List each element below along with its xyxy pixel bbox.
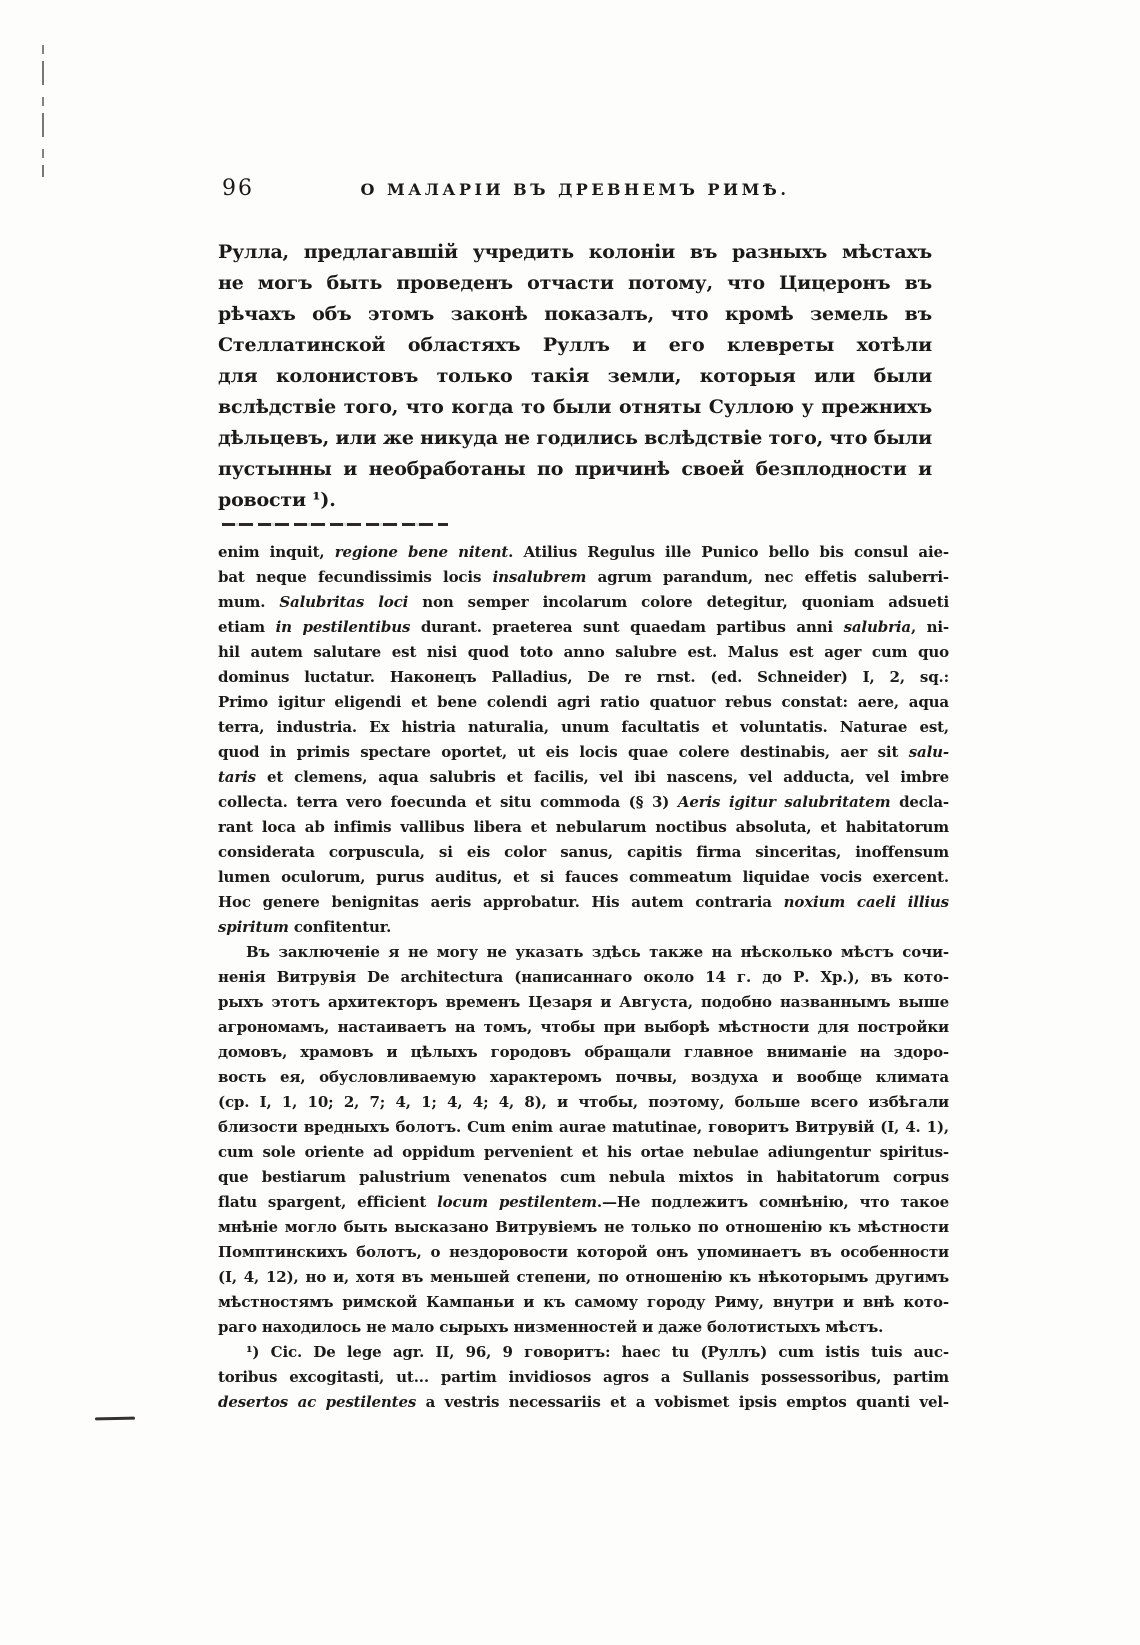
footnote-line: collecta. terra vero foecunda et situ co… bbox=[218, 790, 949, 815]
main-paragraph: Рулла, предлагавшій учредить колоніи въ … bbox=[218, 237, 932, 516]
footnote-text-segment: enim inquit, bbox=[218, 543, 335, 561]
footnote-italic-segment: noxium caeli illius bbox=[784, 893, 949, 911]
footnote-text-segment: близости вредныхъ болотъ. Cum enim aurae… bbox=[218, 1118, 949, 1136]
footnote-line: Помптинскихъ болотъ, о нездоровости кото… bbox=[218, 1240, 949, 1265]
footnote-text-segment: ненія Витрувія De architectura (написанн… bbox=[218, 968, 949, 986]
footnote-line: mum. Salubritas loci non semper incolaru… bbox=[218, 590, 949, 615]
footnote-text-segment: cum sole oriente ad oppidum pervenient e… bbox=[218, 1143, 949, 1161]
footnote-text-segment: Hoc genere benignitas aeris approbatur. … bbox=[218, 893, 784, 911]
footnote-text-segment: mum. bbox=[218, 593, 279, 611]
footnote-italic-segment: Salubritas loci bbox=[279, 593, 408, 611]
footnote-text-segment: агрономамъ, настаиваетъ на томъ, чтобы п… bbox=[218, 1018, 949, 1036]
footnote-line: etiam in pestilentibus durant. praeterea… bbox=[218, 615, 949, 640]
footnote-line: агрономамъ, настаиваетъ на томъ, чтобы п… bbox=[218, 1015, 949, 1040]
footnote-italic-segment: in pestilentibus bbox=[276, 618, 411, 636]
footnote-text-segment: que bestiarum palustrium venenatos cum n… bbox=[218, 1168, 949, 1186]
footnote-line: ненія Витрувія De architectura (написанн… bbox=[218, 965, 949, 990]
scanned-book-page: 96 О МАЛАРІИ ВЪ ДРЕВНЕМЪ РИМѢ. Рулла, пр… bbox=[0, 0, 1140, 1645]
footnote-text-segment: домовъ, храмовъ и цѣлыхъ городовъ обраща… bbox=[218, 1043, 949, 1061]
main-text-line: рѣчахъ объ этомъ законѣ показалъ, что кр… bbox=[218, 299, 932, 330]
footnote-line: мнѣніе могло быть высказано Витрувіемъ н… bbox=[218, 1215, 949, 1240]
footnote-line: flatu spargent, efficient locum pestilen… bbox=[218, 1190, 949, 1215]
footnote-text-segment: мнѣніе могло быть высказано Витрувіемъ н… bbox=[218, 1218, 949, 1236]
footnote-line: desertos ac pestilentes a vestris necess… bbox=[218, 1390, 949, 1415]
footnote-line: que bestiarum palustrium venenatos cum n… bbox=[218, 1165, 949, 1190]
footnote-text-segment: collecta. terra vero foecunda et situ co… bbox=[218, 793, 678, 811]
footnote-text-segment: terra, industria. Ex histria naturalia, … bbox=[218, 718, 949, 736]
footnote-text-segment: toribus excogitasti, ut... partim invidi… bbox=[218, 1368, 949, 1386]
footnote-line: bat neque fecundissimis locis insalubrem… bbox=[218, 565, 949, 590]
main-text-line: не могъ быть проведенъ отчасти потому, ч… bbox=[218, 268, 932, 299]
footnote-text-segment: Помптинскихъ болотъ, о нездоровости кото… bbox=[218, 1243, 949, 1261]
footnote-line: близости вредныхъ болотъ. Cum enim aurae… bbox=[218, 1115, 949, 1140]
footnote-text-segment: Primo igitur eligendi et bene colendi ag… bbox=[218, 693, 949, 711]
footnote-italic-segment: desertos ac pestilentes bbox=[218, 1393, 416, 1411]
footnote-italic-segment: locum pestilentem bbox=[437, 1193, 597, 1211]
footnote-text-segment: durant. praeterea sunt quaedam partibus … bbox=[410, 618, 843, 636]
footnote-text-segment: agrum parandum, nec effetis saluberri- bbox=[586, 568, 949, 586]
footnote-line: terra, industria. Ex histria naturalia, … bbox=[218, 715, 949, 740]
footnote-text-segment: . Atilius Regulus ille Punico bello bis … bbox=[508, 543, 949, 561]
footnote-line: (ср. I, 1, 10; 2, 7; 4, 1; 4, 4; 4, 8), … bbox=[218, 1090, 949, 1115]
footnote-text-segment: ¹) Cic. De lege agr. II, 96, 9 говоритъ:… bbox=[246, 1343, 949, 1361]
footnote-text-segment: flatu spargent, efficient bbox=[218, 1193, 437, 1211]
footnote-text-segment: , ni- bbox=[911, 618, 949, 636]
footnote-line: Въ заключеніе я не могу не указать здѣсь… bbox=[218, 940, 949, 965]
footnote-block: enim inquit, regione bene nitent. Atiliu… bbox=[218, 540, 949, 1415]
footnote-line: (I, 4, 12), но и, хотя въ меньшей степен… bbox=[218, 1265, 949, 1290]
footnote-text-segment: et clemens, aqua salubris et facilis, ve… bbox=[256, 768, 949, 786]
main-text-line: пустынны и необработаны по причинѣ своей… bbox=[218, 454, 932, 485]
footnote-text-segment: (ср. I, 1, 10; 2, 7; 4, 1; 4, 4; 4, 8), … bbox=[218, 1093, 949, 1111]
main-text-line: вслѣдствіе того, что когда то были отнят… bbox=[218, 392, 932, 423]
footnote-line: домовъ, храмовъ и цѣлыхъ городовъ обраща… bbox=[218, 1040, 949, 1065]
scan-artifact-vertical-marks bbox=[42, 45, 44, 177]
footnote-line: hil autem salutare est nisi quod toto an… bbox=[218, 640, 949, 665]
footnote-text-segment: a vestris necessariis et a vobismet ipsi… bbox=[416, 1393, 949, 1411]
footnote-italic-segment: spiritum bbox=[218, 918, 289, 936]
footnote-italic-segment: salu- bbox=[909, 743, 949, 761]
footnote-text-segment: decla- bbox=[890, 793, 949, 811]
running-title: О МАЛАРІИ ВЪ ДРЕВНЕМЪ РИМѢ. bbox=[218, 180, 932, 199]
footnote-line: ¹) Cic. De lege agr. II, 96, 9 говоритъ:… bbox=[218, 1340, 949, 1365]
footnote-italic-segment: regione bene nitent bbox=[335, 543, 508, 561]
footnote-text-segment: раго находилось не мало сырыхъ низменнос… bbox=[218, 1318, 883, 1336]
footnote-text-segment: .—Не подлежитъ сомнѣнію, что такое bbox=[597, 1193, 949, 1211]
footnote-line: spiritum confitentur. bbox=[218, 915, 949, 940]
footnote-text-segment: hil autem salutare est nisi quod toto an… bbox=[218, 643, 949, 661]
footnote-line: taris et clemens, aqua salubris et facil… bbox=[218, 765, 949, 790]
main-text-line: Стеллатинской областяхъ Руллъ и его клев… bbox=[218, 330, 932, 361]
footnote-line: рыхъ этотъ архитекторъ временъ Цезаря и … bbox=[218, 990, 949, 1015]
footnote-text-segment: rant loca ab infimis vallibus libera et … bbox=[218, 818, 949, 836]
footnote-line: quod in primis spectare oportet, ut eis … bbox=[218, 740, 949, 765]
page-header: 96 О МАЛАРІИ ВЪ ДРЕВНЕМЪ РИМѢ. bbox=[218, 176, 932, 206]
footnote-line: вость ея, обусловливаемую характеромъ по… bbox=[218, 1065, 949, 1090]
footnote-text-segment: dominus luctatur. Наконецъ Palladius, De… bbox=[218, 668, 949, 686]
footnote-line: considerata corpuscula, si eis color san… bbox=[218, 840, 949, 865]
main-text-line: Рулла, предлагавшій учредить колоніи въ … bbox=[218, 237, 932, 268]
footnote-text-segment: вость ея, обусловливаемую характеромъ по… bbox=[218, 1068, 949, 1086]
footnote-italic-segment: insalubrem bbox=[493, 568, 587, 586]
footnote-line: мѣстностямъ римской Кампаньи и къ самому… bbox=[218, 1290, 949, 1315]
footnote-text-segment: non semper incolarum colore detegitur, q… bbox=[408, 593, 949, 611]
footnote-text-segment: мѣстностямъ римской Кампаньи и къ самому… bbox=[218, 1293, 949, 1311]
footnote-line: Hoc genere benignitas aeris approbatur. … bbox=[218, 890, 949, 915]
footnote-text-segment: (I, 4, 12), но и, хотя въ меньшей степен… bbox=[218, 1268, 949, 1286]
footnote-separator-rule bbox=[222, 523, 448, 526]
main-text-line: дѣльцевъ, или же никуда не годились вслѣ… bbox=[218, 423, 932, 454]
footnote-line: enim inquit, regione bene nitent. Atiliu… bbox=[218, 540, 949, 565]
footnote-text-segment: etiam bbox=[218, 618, 276, 636]
footnote-italic-segment: salubria bbox=[844, 618, 911, 636]
main-text-line: для колонистовъ только такія земли, кото… bbox=[218, 361, 932, 392]
footnote-line: dominus luctatur. Наконецъ Palladius, De… bbox=[218, 665, 949, 690]
footnote-text-segment: confitentur. bbox=[289, 918, 391, 936]
footnote-line: rant loca ab infimis vallibus libera et … bbox=[218, 815, 949, 840]
footnote-text-segment: рыхъ этотъ архитекторъ временъ Цезаря и … bbox=[218, 993, 949, 1011]
footnote-line: Primo igitur eligendi et bene colendi ag… bbox=[218, 690, 949, 715]
footnote-italic-segment: taris bbox=[218, 768, 256, 786]
main-text-line: ровости ¹). bbox=[218, 485, 932, 516]
footnote-line: cum sole oriente ad oppidum pervenient e… bbox=[218, 1140, 949, 1165]
footnote-italic-segment: Aeris igitur salubritatem bbox=[678, 793, 891, 811]
footnote-text-segment: quod in primis spectare oportet, ut eis … bbox=[218, 743, 909, 761]
footnote-text-segment: considerata corpuscula, si eis color san… bbox=[218, 843, 949, 861]
scan-artifact-bottom-dash bbox=[95, 1417, 135, 1421]
footnote-text-segment: bat neque fecundissimis locis bbox=[218, 568, 493, 586]
footnote-line: lumen oculorum, purus auditus, et si fau… bbox=[218, 865, 949, 890]
footnote-text-segment: lumen oculorum, purus auditus, et si fau… bbox=[218, 868, 949, 886]
footnote-line: раго находилось не мало сырыхъ низменнос… bbox=[218, 1315, 949, 1340]
footnote-line: toribus excogitasti, ut... partim invidi… bbox=[218, 1365, 949, 1390]
footnote-text-segment: Въ заключеніе я не могу не указать здѣсь… bbox=[246, 943, 949, 961]
